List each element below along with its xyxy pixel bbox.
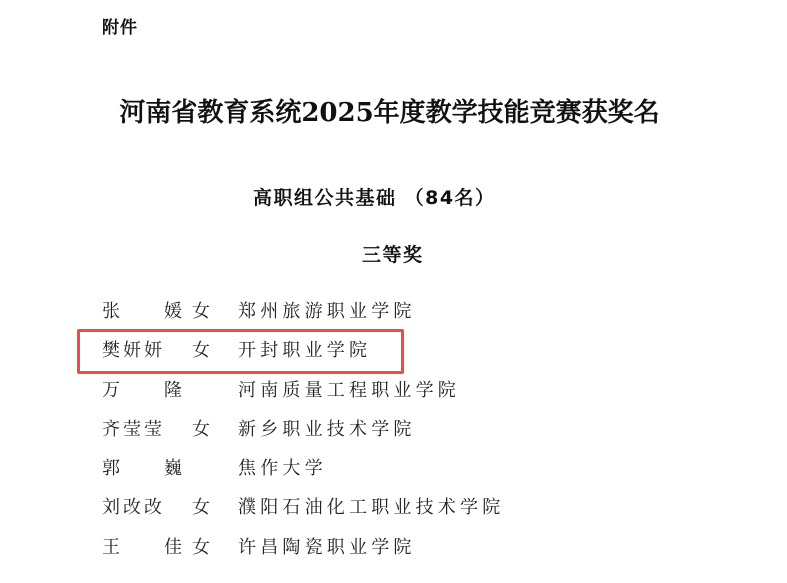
winner-gender: 女 [192, 534, 210, 562]
winner-gender: 女 [192, 298, 210, 326]
attachment-label: 附件 [102, 13, 138, 38]
winner-name: 齐莹莹 [102, 416, 198, 444]
winner-school: 许昌陶瓷职业学院 [238, 534, 416, 562]
winner-school: 濮阳石油化工职业技术学院 [238, 494, 504, 522]
winner-gender: 女 [192, 337, 210, 365]
winner-school: 开封职业学院 [238, 337, 371, 365]
winner-name: 刘改改 [102, 494, 198, 522]
group-title: 高职组公共基础 （84名） [253, 183, 496, 210]
document-title-text: 河南省教育系统2025年度教学技能竞赛获奖名 [119, 92, 659, 129]
winner-name: 樊妍妍 [102, 337, 198, 365]
winner-gender: 女 [192, 494, 210, 522]
award-level-heading: 三等奖 [362, 240, 424, 267]
document-title: 河南省教育系统2025年度教学技能竞赛获奖名 [0, 92, 787, 129]
winner-school: 焦作大学 [238, 455, 327, 483]
winner-school: 河南质量工程职业学院 [238, 377, 460, 405]
winner-gender: 女 [192, 416, 210, 444]
winner-school: 郑州旅游职业学院 [238, 298, 416, 326]
winner-school: 新乡职业技术学院 [238, 416, 416, 444]
